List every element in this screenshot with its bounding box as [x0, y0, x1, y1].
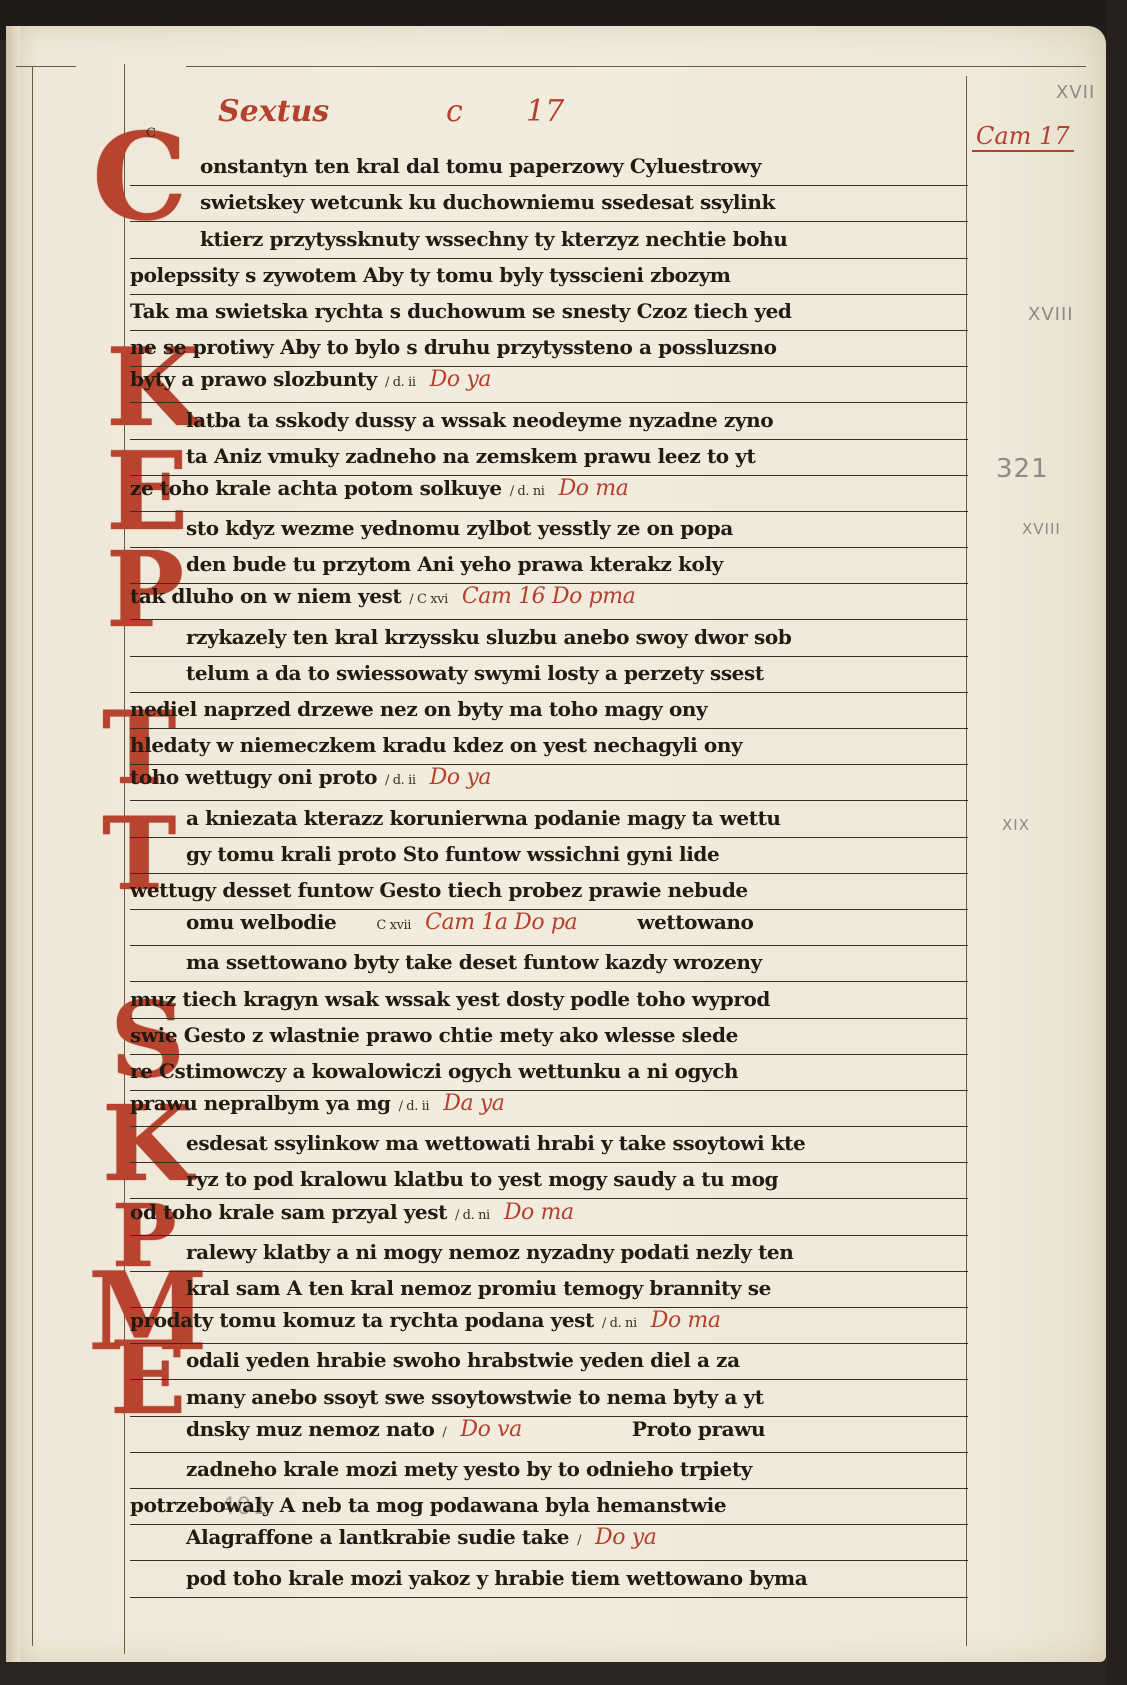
rubric: Cam 16 Do pma	[462, 584, 636, 609]
text-line: a kniezata kterazz korunierwna podanie m…	[130, 801, 968, 837]
rubric: Do ma	[559, 476, 629, 501]
running-title: Sextus	[218, 94, 329, 129]
chapter-number: 17	[526, 94, 564, 129]
text-line: ralewy klatby a ni mogy nemoz nyzadny po…	[130, 1236, 968, 1272]
cross-reference: / d. ii	[399, 1099, 430, 1114]
text-line: byty a prawo slozbunty/ d. iiDo ya	[130, 367, 968, 403]
rubric: Do ya	[430, 765, 491, 790]
top-rule	[186, 66, 1086, 67]
text-line: onstantyn ten kral dal tomu paperzowy Cy…	[130, 150, 968, 186]
rubric: Cam 1a Do pa	[425, 910, 577, 935]
outer-margin-rule	[32, 66, 33, 1646]
foliation-mark: XVIII	[1028, 304, 1074, 325]
folio-number: 321	[996, 454, 1049, 484]
text-line: omu welbodieC xviiCam 1a Do pawettowano	[130, 910, 968, 946]
text-line: muz tiech kragyn wsak wssak yest dosty p…	[130, 982, 968, 1018]
text-line: swie Gesto z wlastnie prawo chtie mety a…	[130, 1019, 968, 1055]
chapter-mark: c	[446, 94, 463, 129]
text-line: rzykazely ten kral krzyssku sluzbu anebo…	[130, 620, 968, 656]
cross-reference: /	[577, 1533, 581, 1548]
manuscript-page: Sextus c 17 Cam 17 XVII XVIII 321 XVIII …	[6, 26, 1106, 1662]
text-line: odali yeden hrabie swoho hrabstwie yeden…	[130, 1344, 968, 1380]
text-line: toho wettugy oni proto/ d. iiDo ya	[130, 765, 968, 801]
text-line: ma ssettowano byty take deset funtow kaz…	[130, 946, 968, 982]
cross-reference: / d. ni	[602, 1316, 637, 1331]
foliation-mark: XVII	[1056, 82, 1095, 103]
guide-letter: C	[146, 126, 156, 141]
cross-reference: / d. ii	[385, 773, 416, 788]
text-line: sto kdyz wezme yednomu zylbot yesstly ze…	[130, 512, 968, 548]
cross-reference: / d. ii	[385, 375, 416, 390]
text-line: polepssity s zywotem Aby ty tomu byly ty…	[130, 259, 968, 295]
text-line: Alagraffone a lantkrabie sudie take/Do y…	[130, 1525, 968, 1561]
text-block: onstantyn ten kral dal tomu paperzowy Cy…	[130, 150, 968, 1598]
rubric: Da ya	[443, 1091, 504, 1116]
text-line: zadneho krale mozi mety yesto by to odni…	[130, 1453, 968, 1489]
text-line: prawu nepralbym ya mg/ d. iiDa ya	[130, 1091, 968, 1127]
rubric: Do ma	[504, 1200, 574, 1225]
foliation-mark: XIX	[1002, 816, 1030, 834]
cross-reference: / C xvi	[409, 592, 448, 607]
text-line: pod toho krale mozi yakoz y hrabie tiem …	[130, 1561, 968, 1597]
page-gutter	[6, 26, 20, 1662]
foliation-mark: XVIII	[1022, 520, 1061, 538]
cross-reference: / d. ni	[510, 484, 545, 499]
rubric: Do ya	[430, 367, 491, 392]
cross-reference: / d. ni	[455, 1208, 490, 1223]
text-line: esdesat ssylinkow ma wettowati hrabi y t…	[130, 1127, 968, 1163]
text-line: tak dluho on w niem yest/ C xviCam 16 Do…	[130, 584, 968, 620]
text-line: ze toho krale achta potom solkuye/ d. ni…	[130, 476, 968, 512]
text-line: prodaty tomu komuz ta rychta podana yest…	[130, 1308, 968, 1344]
text-line: gy tomu krali proto Sto funtow wssichni …	[130, 838, 968, 874]
rubric: Do ya	[595, 1525, 656, 1550]
background-right	[1107, 0, 1127, 1685]
text-line: dnsky muz nemoz nato/Do vaProto prawu	[130, 1417, 968, 1453]
text-line: od toho krale sam przyal yest/ d. niDo m…	[130, 1199, 968, 1235]
text-line: swietskey wetcunk ku duchowniemu ssedesa…	[130, 186, 968, 222]
cross-reference: /	[442, 1425, 446, 1440]
cross-reference: C xvii	[376, 918, 411, 933]
chapter-margin-rubric: Cam 17	[972, 122, 1074, 152]
text-line: latba ta sskody dussy a wssak neodeyme n…	[130, 403, 968, 439]
rubric: Do ma	[651, 1308, 721, 1333]
text-line: Tak ma swietska rychta s duchowum se sne…	[130, 295, 968, 331]
text-line: telum a da to swiessowaty swymi losty a …	[130, 657, 968, 693]
rubric: Do va	[460, 1417, 521, 1442]
text-line: nediel naprzed drzewe nez on byty ma toh…	[130, 693, 968, 729]
top-rule-left	[16, 66, 76, 67]
text-line: ktierz przytyssknuty wssechny ty kterzyz…	[130, 222, 968, 258]
